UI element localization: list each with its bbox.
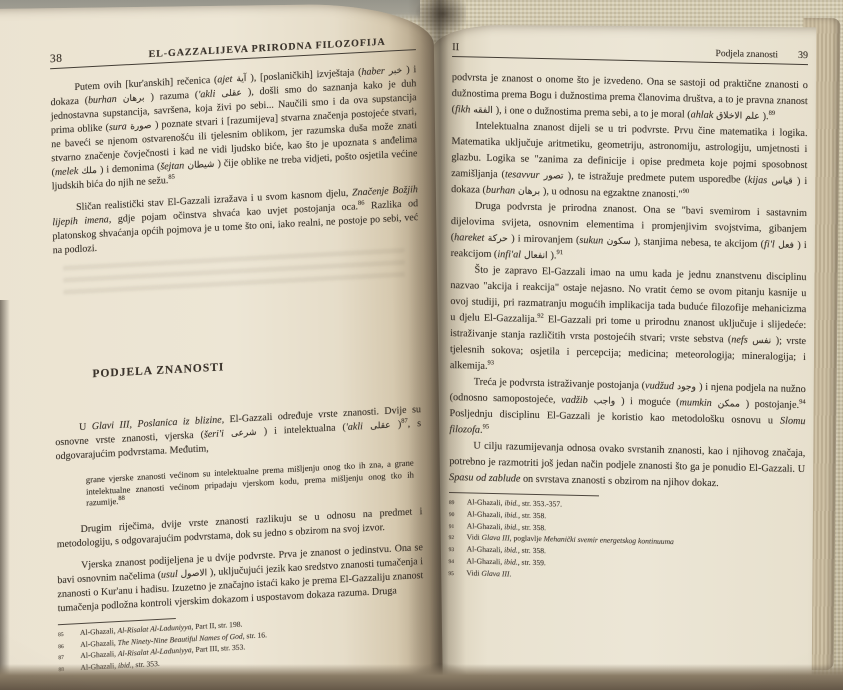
arabic-text: برهان <box>515 185 543 197</box>
arabic-text: خبر <box>385 66 407 77</box>
italic-text: Al-Risalat Al-Laduniyya <box>117 622 191 635</box>
section-heading: PODJELA ZNANOSTI <box>92 351 420 380</box>
text-run: , Part III, str. 353. <box>192 643 246 655</box>
italic-text: Glava III <box>482 533 510 543</box>
right-page-number: 39 <box>798 50 808 61</box>
footnote-ref: 94 <box>799 399 806 406</box>
footnote-number: 93 <box>449 544 467 556</box>
footnote-ref: 91 <box>556 249 563 256</box>
paragraph: Vjerska znanost podijeljena je u dvije p… <box>57 541 424 616</box>
text-run: Al-Ghazali, <box>80 638 118 649</box>
footnote-number: 89 <box>449 497 467 509</box>
text-run: on svrstava znanosti s obzirom na njihov… <box>520 474 718 490</box>
chapter-numeral: II <box>452 42 459 53</box>
italic-text: ibid. <box>504 522 518 531</box>
footnote-ref: 89 <box>769 110 776 117</box>
arabic-text: الاصول <box>178 568 210 580</box>
italic-text: burhan <box>486 185 515 197</box>
arabic-text: صورة <box>127 121 155 132</box>
paragraph: U cilju razumijevanja odnosa ovako svrst… <box>449 438 805 494</box>
text-run: Al-Ghazali, <box>467 509 505 519</box>
left-page-body-top: Putem ovih [kur'anskih] rečenica (ajet آ… <box>50 63 418 258</box>
italic-text: 'akli <box>198 89 215 101</box>
italic-text: melek <box>55 166 78 178</box>
italic-text: tesavvur <box>505 169 540 181</box>
text-run: Al-Ghazali, <box>467 497 505 507</box>
italic-text: fikh <box>455 104 470 115</box>
footnote-ref: 88 <box>118 495 125 502</box>
footnote-ref: 95 <box>483 423 490 430</box>
right-footnotes: 89Al-Ghazali, ibid., str. 353.-357.90Al-… <box>448 497 805 588</box>
italic-text: kijas <box>748 175 767 186</box>
italic-text: nefs <box>731 334 747 345</box>
italic-text: burhan <box>88 94 117 107</box>
text-run: Vidi <box>466 568 481 577</box>
arabic-text: شيطان <box>184 160 218 172</box>
arabic-text: ممكن <box>712 398 746 410</box>
arabic-text: برهان <box>117 93 151 105</box>
footnote-ref: 90 <box>683 188 690 195</box>
text-run: Al-Ghazali, <box>80 626 118 637</box>
text-run: ) razuma ( <box>150 90 198 103</box>
italic-text: infi'al <box>497 249 521 261</box>
arabic-text: وجود <box>674 381 699 393</box>
left-edge-shadow <box>0 300 10 690</box>
text-run: Al-Ghazali, <box>467 521 505 531</box>
text-run: ) i demonima ( <box>100 162 160 176</box>
italic-text: šeri'i <box>204 428 224 440</box>
paragraph: Što je zapravo El-Gazzali imao na umu ka… <box>450 262 807 382</box>
footnote-ref: 93 <box>488 359 495 366</box>
text-run: , str. 358. <box>518 522 546 532</box>
arabic-text: شرعى <box>224 427 264 439</box>
italic-text: usul <box>161 569 178 581</box>
italic-text: vudžud <box>645 380 674 392</box>
bottom-edge-shadow <box>0 664 843 690</box>
italic-text: ibid. <box>504 545 518 554</box>
text-run: , str. 353.-357. <box>518 499 562 509</box>
footnote-number: 94 <box>448 556 466 568</box>
text-run: ), i one o dužnostima prema sebi, a to j… <box>496 105 691 120</box>
text-run: ) i intelektualna ( <box>264 422 346 437</box>
arabic-text: سكون <box>603 235 634 247</box>
italic-text: ibid. <box>504 557 518 566</box>
paragraph: Druga podvrsta je prirodna znanost. Ona … <box>451 198 807 270</box>
text-run: U cilju razumijevanja odnosa ovako svrst… <box>449 441 805 476</box>
footnote-number: 95 <box>448 568 466 580</box>
text-run: , str. 358. <box>518 510 546 520</box>
text-run: Vidi <box>467 533 482 542</box>
show-through-text <box>63 247 419 316</box>
italic-text: mumkin <box>679 397 711 409</box>
arabic-text: حركة <box>484 233 511 245</box>
arabic-text: الفقه <box>470 104 495 116</box>
paragraph: podvrsta je znanost o onome što je izved… <box>452 70 808 126</box>
book-photo: II Podjela znanosti 39 podvrsta je znano… <box>0 0 843 690</box>
italic-text: ajet <box>217 74 232 86</box>
text-run: , str. 16. <box>243 630 267 640</box>
italic-text: Spasu od zablude <box>449 472 520 485</box>
right-footnote-rule <box>449 492 599 496</box>
italic-text: ibid. <box>504 498 518 507</box>
footnote-number: 92 <box>449 532 467 544</box>
italic-text: fi'l <box>764 239 775 250</box>
arabic-text: تصور <box>539 170 567 182</box>
arabic-text: واجب <box>588 395 621 407</box>
left-running-title: EL-GAZZALIJEVA PRIRODNA FILOZOFIJA <box>90 34 443 64</box>
left-page-body-mid: U Glavi III, Poslanica iz blizine, El-Ga… <box>55 403 421 464</box>
text-run: ), u odnosu na egzaktne znanosti." <box>543 186 683 200</box>
italic-text: sukun <box>579 235 603 247</box>
text-run: Al-Ghazali, <box>80 649 118 660</box>
footnote-number: 91 <box>449 521 467 533</box>
arabic-text: فعل <box>775 239 798 251</box>
arabic-text: آية <box>232 74 250 85</box>
italic-text: haber <box>361 66 384 78</box>
paragraph: Treća je podvrsta istraživanje postojanj… <box>449 374 805 446</box>
italic-text: Glava III <box>481 569 509 579</box>
italic-text: šejtan <box>160 160 184 172</box>
text-run: , str. 359. <box>518 558 546 568</box>
text-run: Al-Ghazali, <box>467 545 505 555</box>
left-page-header: 38 EL-GAZZALIJEVA PRIRODNA FILOZOFIJA <box>50 34 416 65</box>
arabic-text: علم الاخلاق <box>713 110 762 122</box>
arabic-text: نفس <box>748 335 776 347</box>
left-page-content: 38 EL-GAZZALIJEVA PRIRODNA FILOZOFIJA Pu… <box>50 34 424 676</box>
arabic-text: قياس <box>767 175 797 187</box>
text-run: Al-Ghazali, <box>466 556 504 566</box>
italic-text: ibid. <box>504 510 518 519</box>
arabic-text: ملك <box>78 166 100 177</box>
block-quote: grane vjerske znanosti većinom su intele… <box>86 457 414 509</box>
footnote-ref: 85 <box>168 173 175 180</box>
italic-text: sura <box>109 121 127 133</box>
italic-text: 'akli <box>346 421 363 433</box>
paragraph: U Glavi III, Poslanica iz blizine, El-Ga… <box>55 403 421 464</box>
text-run: . <box>509 569 511 578</box>
text-run: ) i moguće ( <box>621 396 679 408</box>
right-running-title: Podjela znanosti <box>716 49 779 60</box>
header-spacer <box>459 50 715 56</box>
text-run: ) postojanje. <box>746 399 799 411</box>
paragraph: Sličan realistički stav El-Gazzali izraž… <box>52 183 419 258</box>
text-run: ) i mirovanjem ( <box>511 233 579 246</box>
right-page: II Podjela znanosti 39 podvrsta je znano… <box>428 25 817 678</box>
text-run: , Part II, str. 198. <box>191 619 242 631</box>
text-run: ), te istražuje predmete putem usporedbe… <box>568 171 748 186</box>
italic-text: hareket <box>454 232 484 244</box>
left-page: 38 EL-GAZZALIJEVA PRIRODNA FILOZOFIJA Pu… <box>0 3 443 685</box>
italic-text: Mehanički svemir energetskog kontinuuma <box>544 535 674 547</box>
text-run: U <box>79 421 92 433</box>
text-run: Posljednju disciplinu El-Gazzali je kori… <box>450 408 781 426</box>
arabic-text: انفعال <box>521 250 551 262</box>
arabic-text: عقلى <box>215 88 248 100</box>
text-run: , str. 358. <box>518 546 546 556</box>
right-page-body: podvrsta je znanost o onome što je izved… <box>449 70 808 494</box>
italic-text: ahlak <box>691 109 714 121</box>
text-run: ), stanjima nebesa, te akcijom ( <box>634 236 764 250</box>
arabic-text: عقلى <box>363 420 398 432</box>
text-run: grane vjerske znanosti većinom su intele… <box>86 457 414 507</box>
paragraph: Putem ovih [kur'anskih] rečenica (ajet آ… <box>50 63 417 194</box>
right-page-content: II Podjela znanosti 39 podvrsta je znano… <box>448 42 808 588</box>
left-page-number: 38 <box>50 53 63 66</box>
text-run: , poglavlje <box>510 534 544 544</box>
paragraph: Intelektualna znanost dijeli se u tri po… <box>451 118 808 206</box>
text-run: Treća je podvrsta istraživanje postojanj… <box>474 377 645 392</box>
left-page-body-bottom: Drugim riječima, dvije vrste znanosti ra… <box>56 505 423 616</box>
footnote-number: 90 <box>449 509 467 521</box>
italic-text: vadžib <box>561 395 588 407</box>
